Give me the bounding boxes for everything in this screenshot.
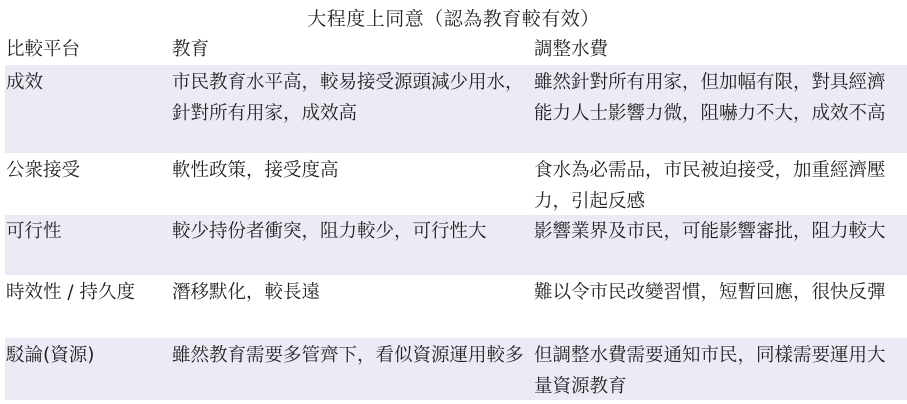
- header-education: 教育: [172, 34, 534, 65]
- row-aspect: 公衆接受: [5, 155, 172, 215]
- comparison-table: 比較平台 教育 調整水費 成效 市民教育水平高，較易接受源頭減少用水，針對所有用…: [5, 34, 907, 400]
- row-water-fee: 影響業界及市民，可能影響審批，阻力較大: [534, 216, 907, 275]
- row-water-fee: 難以令市民改變習慣，短暫回應，很快反彈: [534, 277, 907, 338]
- table-title: 大程度上同意（認為教育較有效）: [0, 6, 907, 32]
- row-education: 較少持份者衝突，阻力較少，可行性大: [172, 216, 534, 275]
- row-education: 市民教育水平高，較易接受源頭減少用水，針對所有用家，成效高: [172, 67, 534, 153]
- row-education: 軟性政策，接受度高: [172, 155, 534, 215]
- row-aspect: 可行性: [5, 216, 172, 275]
- row-education: 潛移默化，較長遠: [172, 277, 534, 338]
- table-row: 公衆接受 軟性政策，接受度高 食水為必需品，市民被迫接受，加重經濟壓力，引起反感: [5, 153, 907, 215]
- row-aspect: 駁論(資源): [5, 340, 172, 400]
- row-water-fee: 食水為必需品，市民被迫接受，加重經濟壓力，引起反感: [534, 155, 907, 215]
- table-row: 可行性 較少持份者衝突，阻力較少，可行性大 影響業界及市民，可能影響審批，阻力較…: [5, 215, 907, 275]
- row-water-fee: 雖然針對所有用家，但加幅有限，對具經濟能力人士影響力微，阻嚇力不大，成效不高: [534, 67, 907, 153]
- table-header-row: 比較平台 教育 調整水費: [5, 34, 907, 65]
- header-aspect: 比較平台: [5, 34, 172, 65]
- row-water-fee: 但調整水費需要通知市民，同樣需要運用大量資源教育: [534, 340, 907, 400]
- row-aspect: 成效: [5, 67, 172, 153]
- table-row: 駁論(資源) 雖然教育需要多管齊下，看似資源運用較多 但調整水費需要通知市民，同…: [5, 338, 907, 400]
- table-row: 時效性 / 持久度 潛移默化，較長遠 難以令市民改變習慣，短暫回應，很快反彈: [5, 275, 907, 338]
- table-row: 成效 市民教育水平高，較易接受源頭減少用水，針對所有用家，成效高 雖然針對所有用…: [5, 65, 907, 153]
- row-education: 雖然教育需要多管齊下，看似資源運用較多: [172, 340, 534, 400]
- header-water-fee: 調整水費: [534, 34, 907, 65]
- row-aspect: 時效性 / 持久度: [5, 277, 172, 338]
